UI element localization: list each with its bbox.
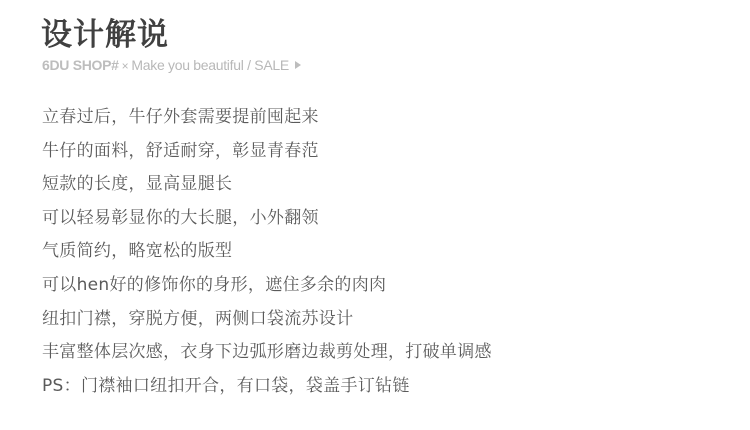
section-title: 设计解说 [41, 15, 169, 55]
tagline: Make you beautiful / SALE [131, 57, 289, 73]
description-line: 丰富整体层次感，衣身下边弧形磨边裁剪处理，打破单调感 [42, 338, 492, 372]
description-line: PS：门襟袖口纽扣开合，有口袋，袋盖手订钻链 [42, 372, 492, 406]
description-line: 可以轻易彰显你的大长腿，小外翻领 [42, 204, 492, 238]
play-triangle-icon [295, 61, 301, 69]
description-line: 立春过后，牛仔外套需要提前囤起来 [42, 103, 492, 137]
description-line: 纽扣门襟，穿脱方便，两侧口袋流苏设计 [42, 305, 492, 339]
description-line: 短款的长度，显高显腿长 [42, 170, 492, 204]
separator: × [122, 59, 129, 73]
brand-name: 6DU SHOP# [42, 57, 119, 73]
description-list: 立春过后，牛仔外套需要提前囤起来 牛仔的面料，舒适耐穿，彰显青春范 短款的长度，… [42, 103, 492, 405]
description-line: 气质简约，略宽松的版型 [42, 237, 492, 271]
description-line: 牛仔的面料，舒适耐穿，彰显青春范 [42, 137, 492, 171]
description-line: 可以hen好的修饰你的身形，遮住多余的肉肉 [42, 271, 492, 305]
brand-subtitle: 6DU SHOP#×Make you beautiful / SALE [42, 56, 301, 75]
